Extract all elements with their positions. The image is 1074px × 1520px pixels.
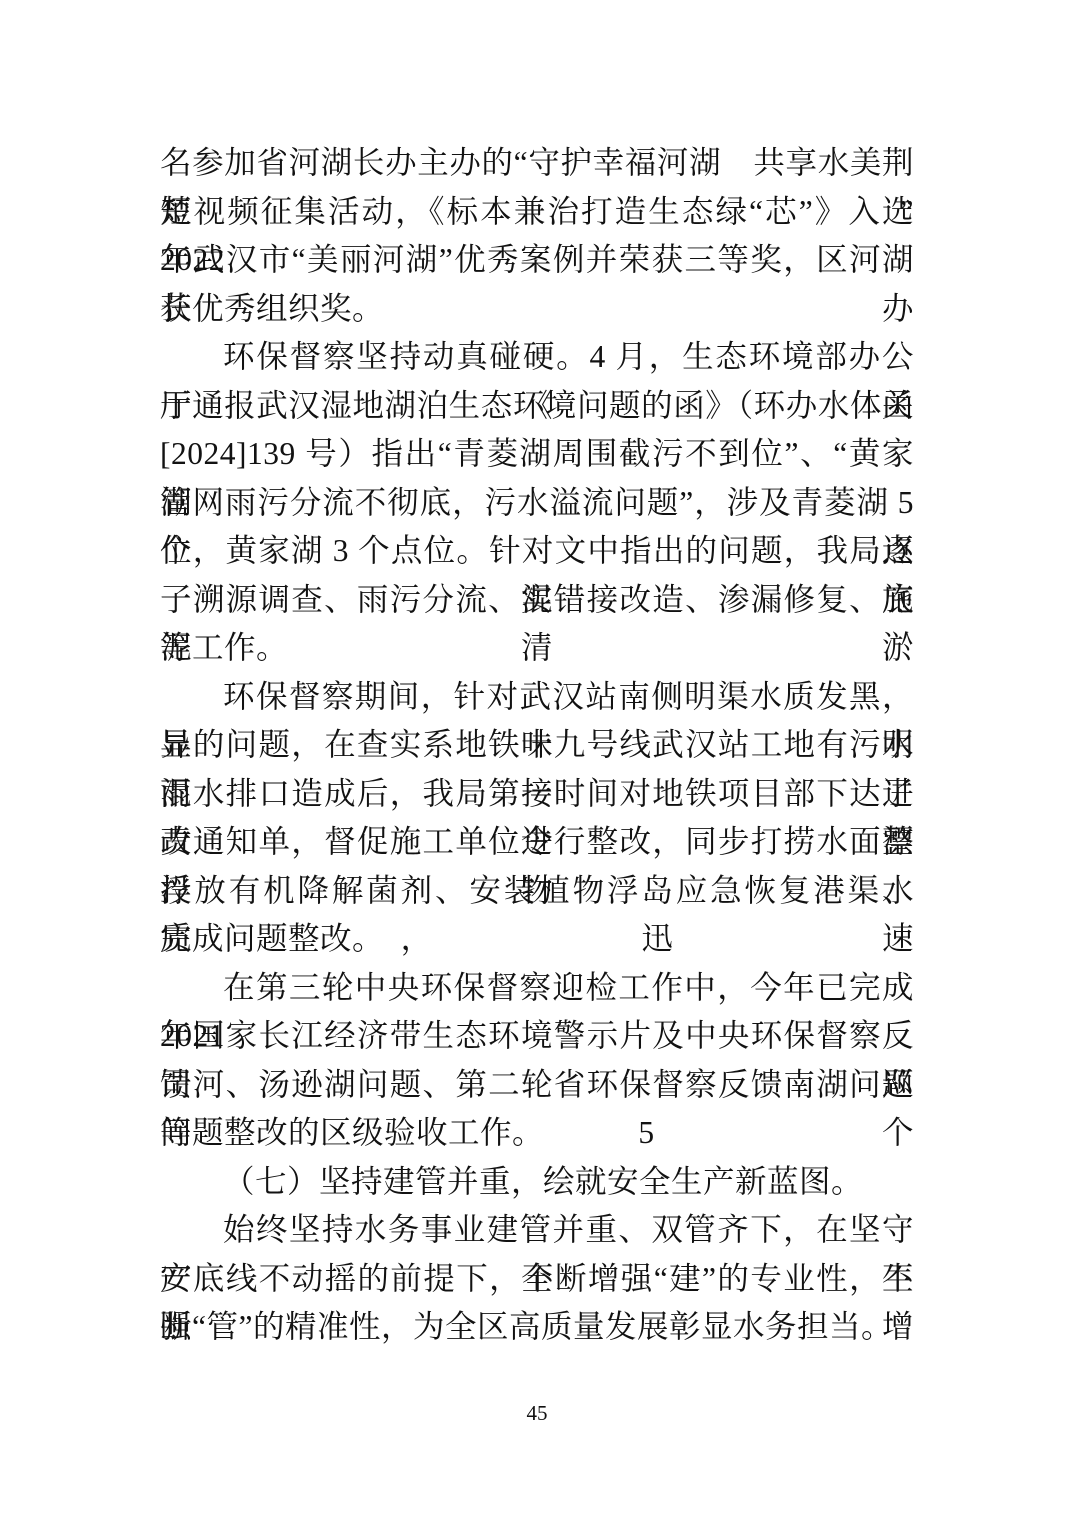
document-body: 名参加省河湖长办主办的“守护幸福河湖 共享水美荆楚”短视频征集活动，《标本兼治打… [160,139,914,1352]
text-line: 产底线不动摇的前提下，不断增强“建”的专业性，不断增 [160,1255,914,1304]
text-line: 环保督察坚持动真碰硬。4 月，生态环境部办公厅《关 [160,333,914,382]
text-line: 在第三轮中央环保督察迎检工作中，今年已完成 2021 [160,964,914,1013]
text-line: 始终坚持水务事业建管并重、双管齐下，在坚守安全生 [160,1206,914,1255]
text-line: 年武汉市“美丽河湖”优秀案例并荣获三等奖，区河湖长办 [160,236,914,285]
text-line: 雨水排口造成后，我局第一时间对地铁项目部下达了责令整 [160,770,914,819]
text-line: 司河、汤逊湖问题、第二轮省环保督察反馈南湖问题等 5 个 [160,1061,914,1110]
text-line: 环保督察期间，针对武汉站南侧明渠水质发黑，异味明 [160,673,914,722]
text-line: 强“管”的精准性，为全区高质量发展彰显水务担当。 [160,1303,914,1352]
text-line: 短视频征集活动，《标本兼治打造生态绿“芯”》入选 2022 [160,188,914,237]
text-line: （七）坚持建管并重，绘就安全生产新蓝图。 [160,1158,914,1207]
text-line: 名参加省河湖长办主办的“守护幸福河湖 共享水美荆楚” [160,139,914,188]
text-line: 显的问题，在查实系地铁十九号线武汉站工地有污水混接进 [160,721,914,770]
text-line: 位，黄家湖 3 个点位。针对文中指出的问题，我局逐一实施 [160,527,914,576]
text-line: 投放有机降解菌剂、安装植物浮岛应急恢复港渠水质，迅速 [160,867,914,916]
text-line: 于通报武汉湿地湖泊生态环境问题的函》（环办水体函 [160,382,914,431]
document-page: 名参加省河湖长办主办的“守护幸福河湖 共享水美荆楚”短视频征集活动，《标本兼治打… [0,0,1074,1520]
text-line: [2024]139 号）指出“青菱湖周围截污不到位”、“黄家湖 [160,430,914,479]
page-number: 45 [0,1398,1074,1428]
text-line: 管网雨污分流不彻底，污水溢流问题”，涉及青菱湖 5 个点 [160,479,914,528]
text-line: 年国家长江经济带生态环境警示片及中央环保督察反馈巡 [160,1012,914,1061]
text-line: 改通知单，督促施工单位进行整改，同步打捞水面漂浮物、 [160,818,914,867]
text-line: 了溯源调查、雨污分流、混错接改造、渗漏修复、底泥清淤 [160,576,914,625]
